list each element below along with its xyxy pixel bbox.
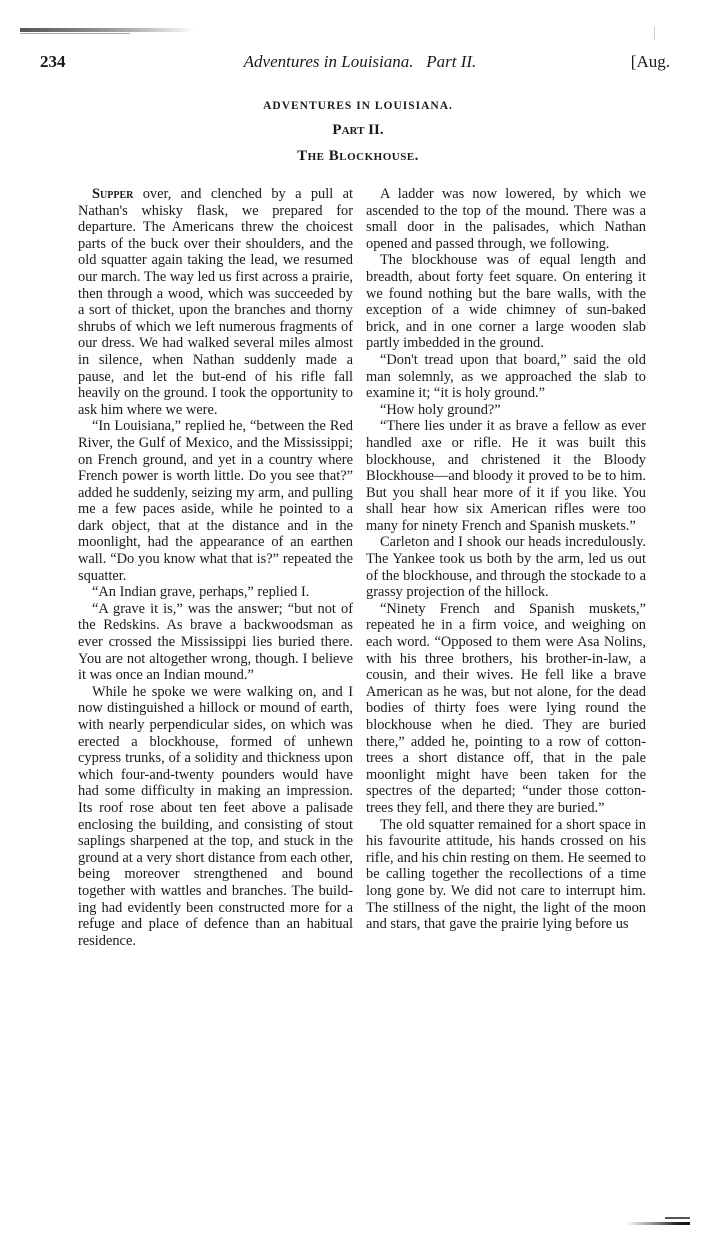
paragraph-text: over, and clenched by a pull at Nathan's… — [78, 186, 353, 418]
paragraph: The blockhouse was of equal length and b… — [366, 252, 646, 352]
scan-artifact-rule-bottom-short — [665, 1217, 690, 1219]
paragraph: “A grave it is,” was the answer; “but no… — [78, 601, 353, 684]
running-month: [Aug. — [631, 52, 670, 72]
article-title-block: ADVENTURES IN LOUISIANA. Part II. The Bl… — [0, 95, 716, 169]
section-title: The Blockhouse. — [0, 143, 716, 169]
running-header: 234 Adventures in Louisiana. Part II. [A… — [40, 52, 680, 76]
article-title: ADVENTURES IN LOUISIANA. — [0, 95, 716, 117]
paragraph: A ladder was now lowered, by which we as… — [366, 186, 646, 252]
part-title: Part II. — [0, 117, 716, 143]
paragraph: “How holy ground?” — [366, 402, 646, 419]
paragraph: The old squatter remained for a short sp… — [366, 817, 646, 933]
paragraph: “Ninety French and Spanish mus­kets,” re… — [366, 601, 646, 817]
paragraph: Supper over, and clenched by a pull at N… — [78, 186, 353, 418]
paragraph: “Don't tread upon that board,” said the … — [366, 352, 646, 402]
scan-artifact-rule-top — [20, 28, 195, 32]
paragraph: “In Louisiana,” replied he, “be­tween th… — [78, 418, 353, 584]
running-title: Adventures in Louisiana. Part II. — [40, 52, 680, 72]
left-column: Supper over, and clenched by a pull at N… — [78, 186, 353, 949]
paragraph: Carleton and I shook our heads in­credul… — [366, 534, 646, 600]
right-column: A ladder was now lowered, by which we as… — [366, 186, 646, 933]
scan-artifact-tick — [654, 26, 655, 40]
paragraph: “An Indian grave, perhaps,” re­plied I. — [78, 584, 353, 601]
scan-artifact-rule-bottom — [626, 1222, 690, 1225]
drop-word: Supper — [92, 186, 133, 202]
scan-artifact-rule-top-thin — [20, 33, 130, 34]
paragraph: “There lies under it as brave a fel­low … — [366, 418, 646, 534]
paragraph: While he spoke we were walking on, and I… — [78, 684, 353, 950]
